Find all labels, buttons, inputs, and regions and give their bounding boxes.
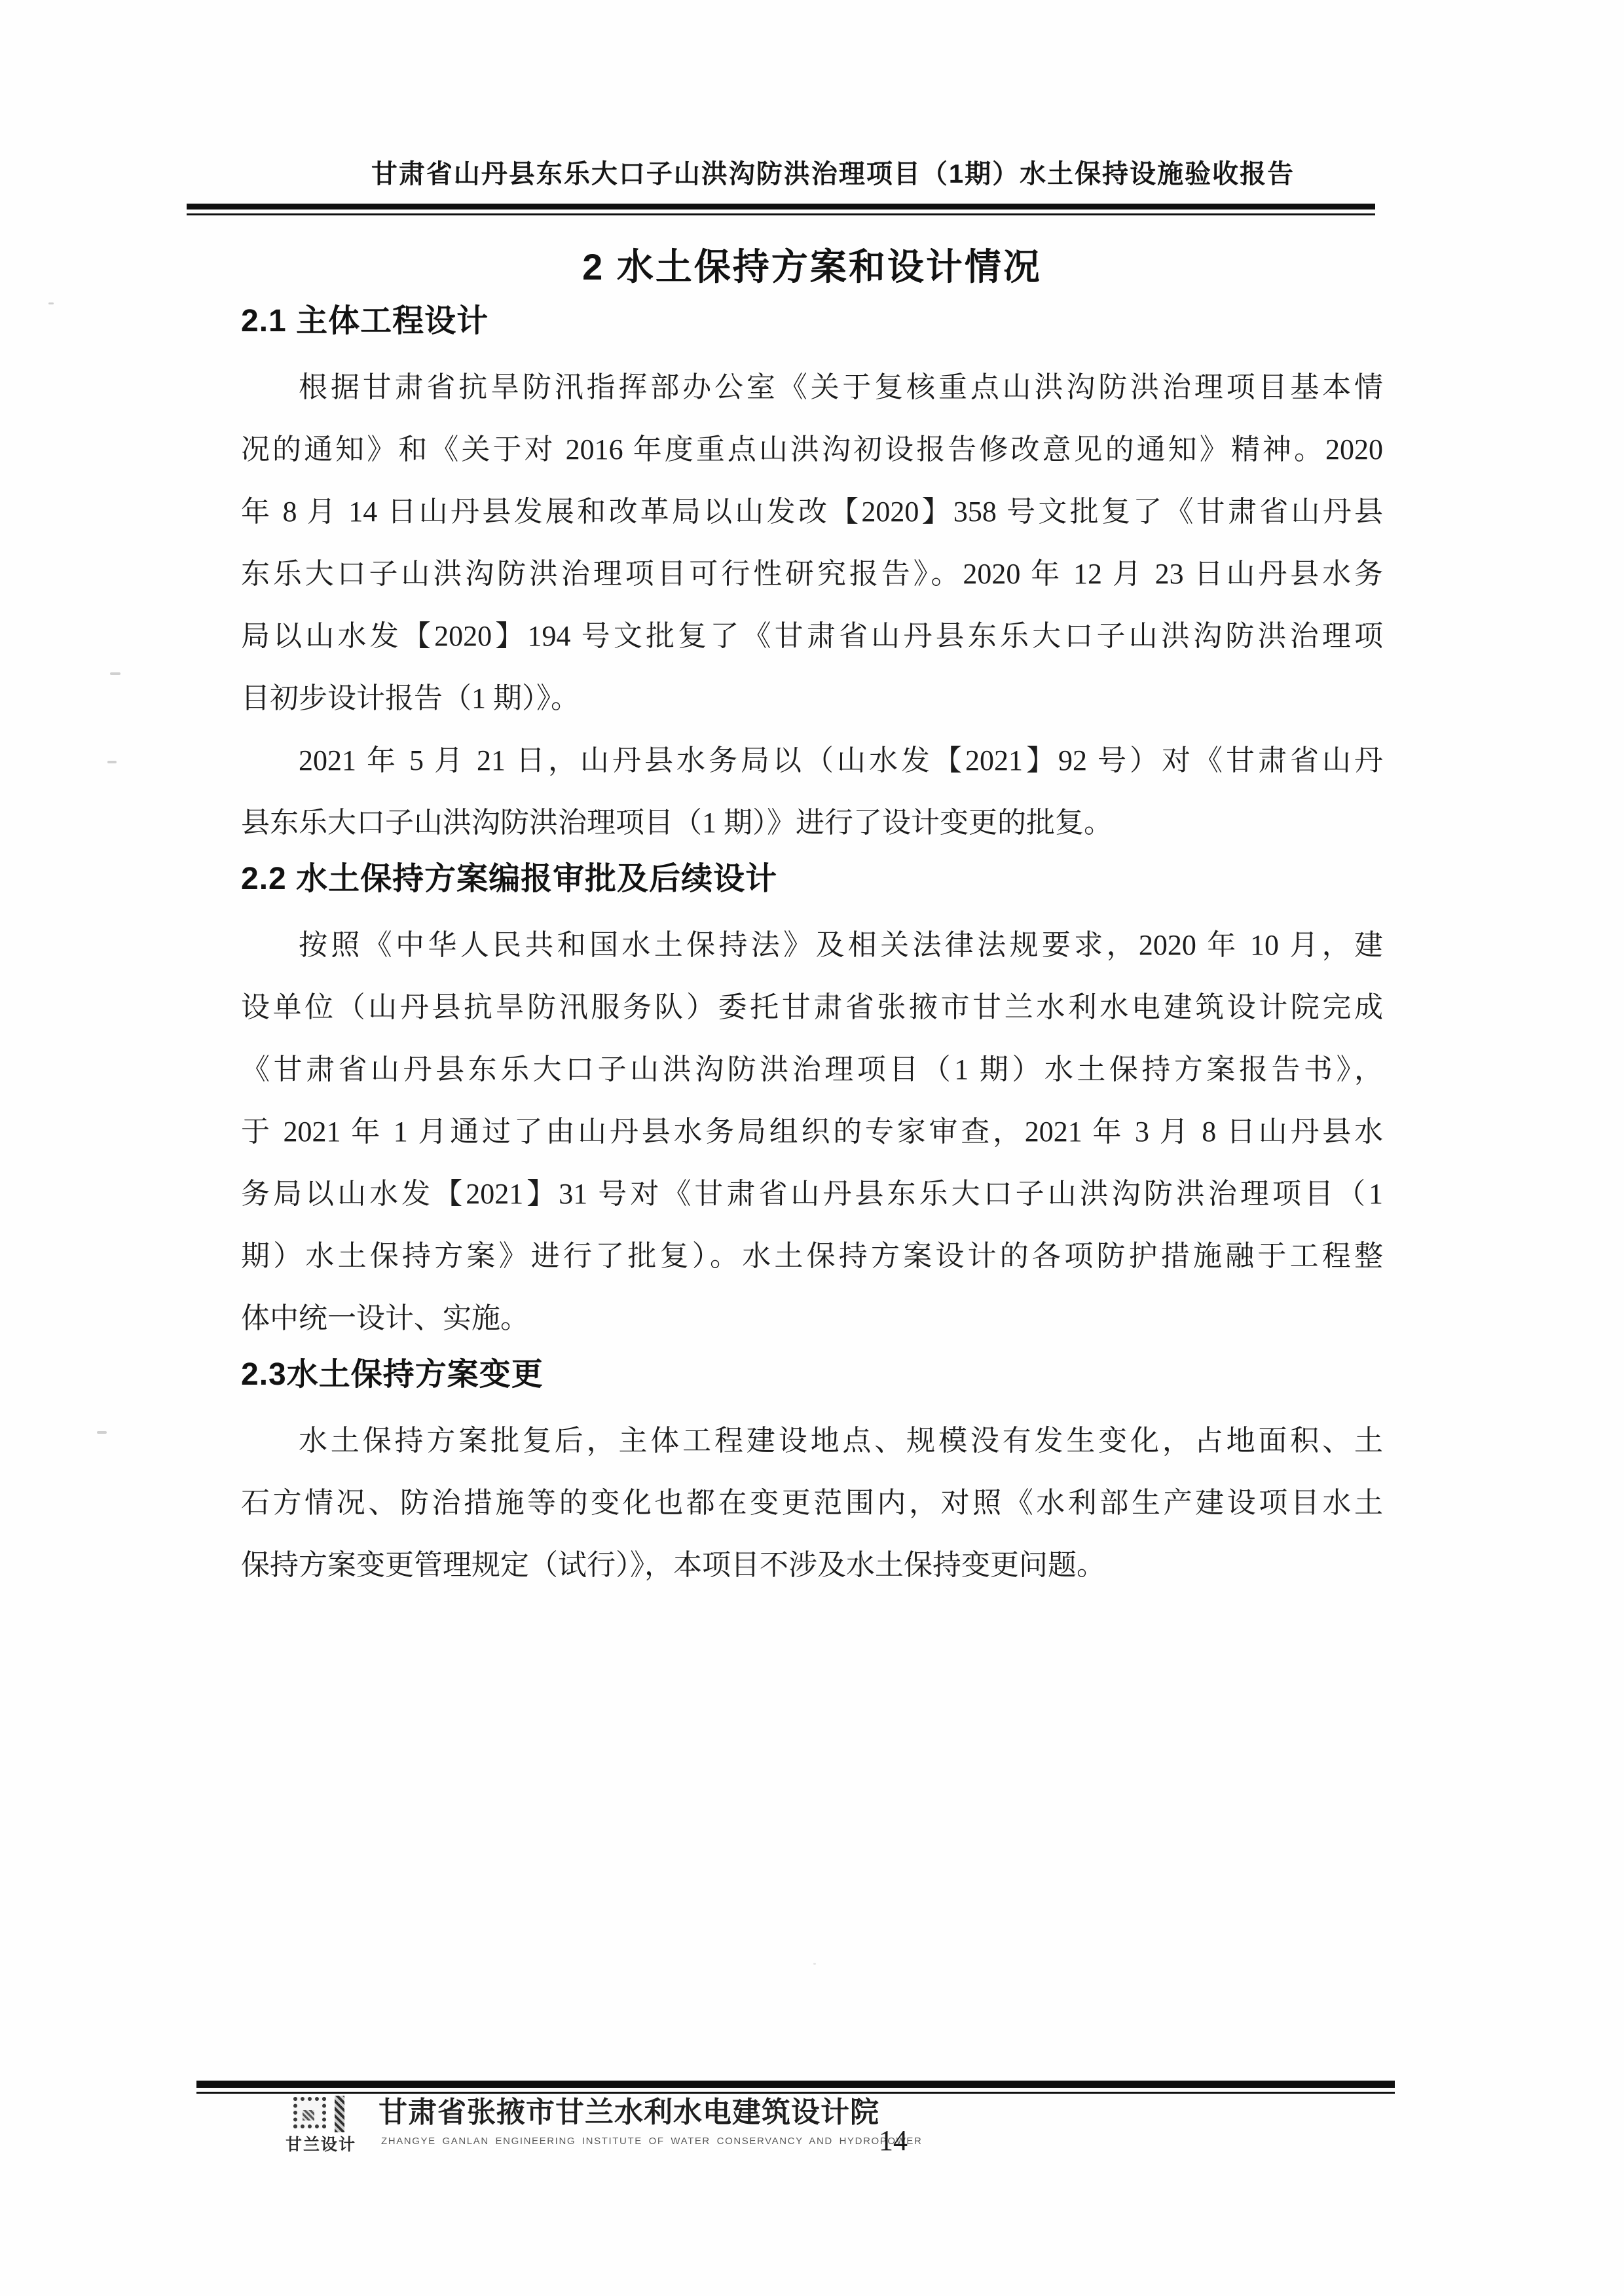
- scan-artifact: [48, 302, 54, 304]
- paragraph-line: 于 2021 年 1 月通过了由山丹县水务局组织的专家审查，2021 年 3 月…: [241, 1101, 1383, 1163]
- scan-artifact: [110, 672, 120, 675]
- paragraph-line: 体中统一设计、实施。: [241, 1287, 1383, 1349]
- paragraph-line: 期）水土保持方案》进行了批复）。水土保持方案设计的各项防护措施融于工程整: [241, 1225, 1383, 1287]
- document-body: 2.1 主体工程设计根据甘肃省抗旱防汛指挥部办公室《关于复核重点山洪沟防洪治理项…: [241, 301, 1383, 1596]
- paragraph-line: 务局以山水发【2021】31 号对《甘肃省山丹县东乐大口子山洪沟防洪治理项目（1: [241, 1163, 1383, 1225]
- scan-artifact: [813, 1963, 816, 1965]
- scan-artifact: [107, 761, 117, 763]
- paragraph-line: 《甘肃省山丹县东乐大口子山洪沟防洪治理项目（1 期）水土保持方案报告书》，: [241, 1038, 1383, 1101]
- page-number: 14: [879, 2124, 908, 2157]
- paragraph-line: 年 8 月 14 日山丹县发展和改革局以山发改【2020】358 号文批复了《甘…: [241, 481, 1383, 543]
- paragraph-line: 目初步设计报告（1 期）》。: [241, 667, 1383, 729]
- paragraph-line: 根据甘肃省抗旱防汛指挥部办公室《关于复核重点山洪沟防洪治理项目基本情: [241, 356, 1383, 418]
- paragraph-line: 设单位（山丹县抗旱防汛服务队）委托甘肃省张掖市甘兰水利水电建筑设计院完成: [241, 976, 1383, 1038]
- paragraph-line: 石方情况、防治措施等的变化也都在变更范围内，对照《水利部生产建设项目水土: [241, 1472, 1383, 1534]
- paragraph: 按照《中华人民共和国水土保持法》及相关法律法规要求，2020 年 10 月，建设…: [241, 914, 1383, 1349]
- report-section: 2.2 水土保持方案编报审批及后续设计按照《中华人民共和国水土保持法》及相关法律…: [241, 859, 1383, 1349]
- footer-rule-thin: [196, 2092, 1395, 2094]
- footer-company-name: 甘肃省张掖市甘兰水利水电建筑设计院: [378, 2096, 879, 2130]
- footer-rule-thick: [196, 2081, 1395, 2088]
- chapter-title: 2 水土保持方案和设计情况: [241, 244, 1383, 291]
- scan-artifact: [97, 1431, 107, 1434]
- section-heading: 2.3水土保持方案变更: [241, 1355, 1383, 1395]
- paragraph-line: 局以山水发【2020】194 号文批复了《甘肃省山丹县东乐大口子山洪沟防洪治理项: [241, 605, 1383, 667]
- header-rule-thin: [187, 213, 1375, 215]
- scanned-report-page: 甘肃省山丹县东乐大口子山洪沟防洪治理项目（1期）水土保持设施验收报告 2 水土保…: [0, 0, 1624, 2296]
- paragraph: 根据甘肃省抗旱防汛指挥部办公室《关于复核重点山洪沟防洪治理项目基本情况的通知》和…: [241, 356, 1383, 729]
- paragraph: 2021 年 5 月 21 日，山丹县水务局以（山水发【2021】92 号）对《…: [241, 729, 1383, 854]
- paragraph-line: 况的通知》和《关于对 2016 年度重点山洪沟初设报告修改意见的通知》精神。20…: [241, 418, 1383, 481]
- footer-company-name-english: ZHANGYE GANLAN ENGINEERING INSTITUTE OF …: [381, 2136, 922, 2147]
- logo-bar-icon: [335, 2096, 344, 2132]
- report-section: 2.3水土保持方案变更水土保持方案批复后，主体工程建设地点、规模没有发生变化，占…: [241, 1355, 1383, 1596]
- logo-caption: 甘兰设计: [282, 2132, 360, 2155]
- section-heading: 2.2 水土保持方案编报审批及后续设计: [241, 859, 1383, 900]
- paragraph-line: 东乐大口子山洪沟防洪治理项目可行性研究报告》。2020 年 12 月 23 日山…: [241, 543, 1383, 605]
- report-section: 2.1 主体工程设计根据甘肃省抗旱防汛指挥部办公室《关于复核重点山洪沟防洪治理项…: [241, 301, 1383, 854]
- paragraph-line: 保持方案变更管理规定（试行）》，本项目不涉及水土保持变更问题。: [241, 1534, 1383, 1596]
- header-rule-thick: [187, 204, 1375, 210]
- paragraph-line: 按照《中华人民共和国水土保持法》及相关法律法规要求，2020 年 10 月，建: [241, 914, 1383, 976]
- paragraph-line: 县东乐大口子山洪沟防洪治理项目（1 期）》进行了设计变更的批复。: [241, 792, 1383, 854]
- paragraph-line: 2021 年 5 月 21 日，山丹县水务局以（山水发【2021】92 号）对《…: [241, 729, 1383, 792]
- section-heading: 2.1 主体工程设计: [241, 301, 1383, 342]
- logo-glyph-icon: [303, 2110, 314, 2121]
- paragraph: 水土保持方案批复后，主体工程建设地点、规模没有发生变化，占地面积、土石方情况、防…: [241, 1410, 1383, 1596]
- company-logo-icon: [293, 2097, 344, 2131]
- paragraph-line: 水土保持方案批复后，主体工程建设地点、规模没有发生变化，占地面积、土: [241, 1410, 1383, 1472]
- running-header-title: 甘肃省山丹县东乐大口子山洪沟防洪治理项目（1期）水土保持设施验收报告: [262, 157, 1404, 191]
